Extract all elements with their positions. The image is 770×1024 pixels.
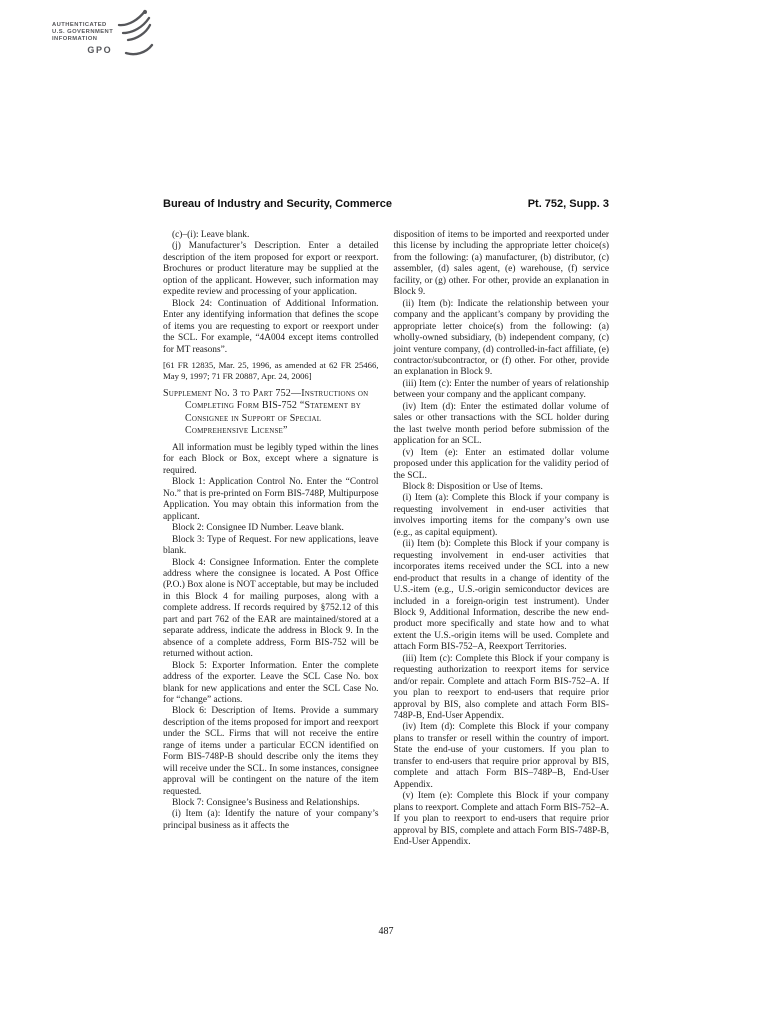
paragraph: (ii) Item (b): Indicate the relationship… xyxy=(394,299,610,379)
paragraph: [61 FR 12835, Mar. 25, 1996, as amended … xyxy=(163,360,379,381)
paragraph: (ii) Item (b): Complete this Block if yo… xyxy=(394,539,610,654)
paragraph: Block 24: Continuation of Additional Inf… xyxy=(163,299,379,356)
page-number: 487 xyxy=(163,926,609,937)
gpo-text-line: AUTHENTICATED xyxy=(52,22,113,29)
gpo-eagle-icon xyxy=(115,8,157,67)
paragraph: Block 4: Consignee Information. Enter th… xyxy=(163,558,379,661)
paragraph: Block 1: Application Control No. Enter t… xyxy=(163,477,379,523)
gpo-authenticated-logo: AUTHENTICATED U.S. GOVERNMENT INFORMATIO… xyxy=(52,8,157,67)
paragraph: (iv) Item (d): Enter the estimated dolla… xyxy=(394,402,610,448)
column-left: (c)–(i): Leave blank.(j) Manufacturer’s … xyxy=(163,230,379,848)
paragraph: disposition of items to be imported and … xyxy=(394,230,610,299)
supplement-heading: Supplement No. 3 to Part 752—Instruction… xyxy=(163,388,379,437)
document-body: (c)–(i): Leave blank.(j) Manufacturer’s … xyxy=(163,230,609,848)
paragraph: (iii) Item (c): Complete this Block if y… xyxy=(394,654,610,723)
paragraph: All information must be legibly typed wi… xyxy=(163,443,379,477)
gpo-label: GPO xyxy=(52,47,113,54)
paragraph: Block 7: Consignee’s Business and Relati… xyxy=(163,798,379,809)
paragraph: Block 6: Description of Items. Provide a… xyxy=(163,706,379,798)
paragraph: (i) Item (a): Complete this Block if you… xyxy=(394,493,610,539)
paragraph: Block 3: Type of Request. For new applic… xyxy=(163,535,379,558)
paragraph: (iii) Item (c): Enter the number of year… xyxy=(394,379,610,402)
paragraph: Block 5: Exporter Information. Enter the… xyxy=(163,661,379,707)
paragraph: (j) Manufacturer’s Description. Enter a … xyxy=(163,241,379,298)
paragraph: (i) Item (a): Identify the nature of you… xyxy=(163,809,379,832)
running-head: Bureau of Industry and Security, Commerc… xyxy=(163,198,609,210)
running-head-part-ref: Pt. 752, Supp. 3 xyxy=(528,198,609,210)
paragraph: Block 2: Consignee ID Number. Leave blan… xyxy=(163,523,379,534)
paragraph: (c)–(i): Leave blank. xyxy=(163,230,379,241)
running-head-title: Bureau of Industry and Security, Commerc… xyxy=(163,198,392,210)
gpo-text-line: INFORMATION xyxy=(52,36,113,43)
column-right: disposition of items to be imported and … xyxy=(394,230,610,848)
paragraph: Block 8: Disposition or Use of Items. xyxy=(394,482,610,493)
gpo-authenticated-text: AUTHENTICATED U.S. GOVERNMENT INFORMATIO… xyxy=(52,22,113,54)
paragraph: (v) Item (e): Enter an estimated dollar … xyxy=(394,448,610,482)
paragraph: (iv) Item (d): Complete this Block if yo… xyxy=(394,722,610,791)
paragraph: (v) Item (e): Complete this Block if you… xyxy=(394,791,610,848)
gpo-text-line: U.S. GOVERNMENT xyxy=(52,29,113,36)
document-page: AUTHENTICATED U.S. GOVERNMENT INFORMATIO… xyxy=(0,0,770,1024)
